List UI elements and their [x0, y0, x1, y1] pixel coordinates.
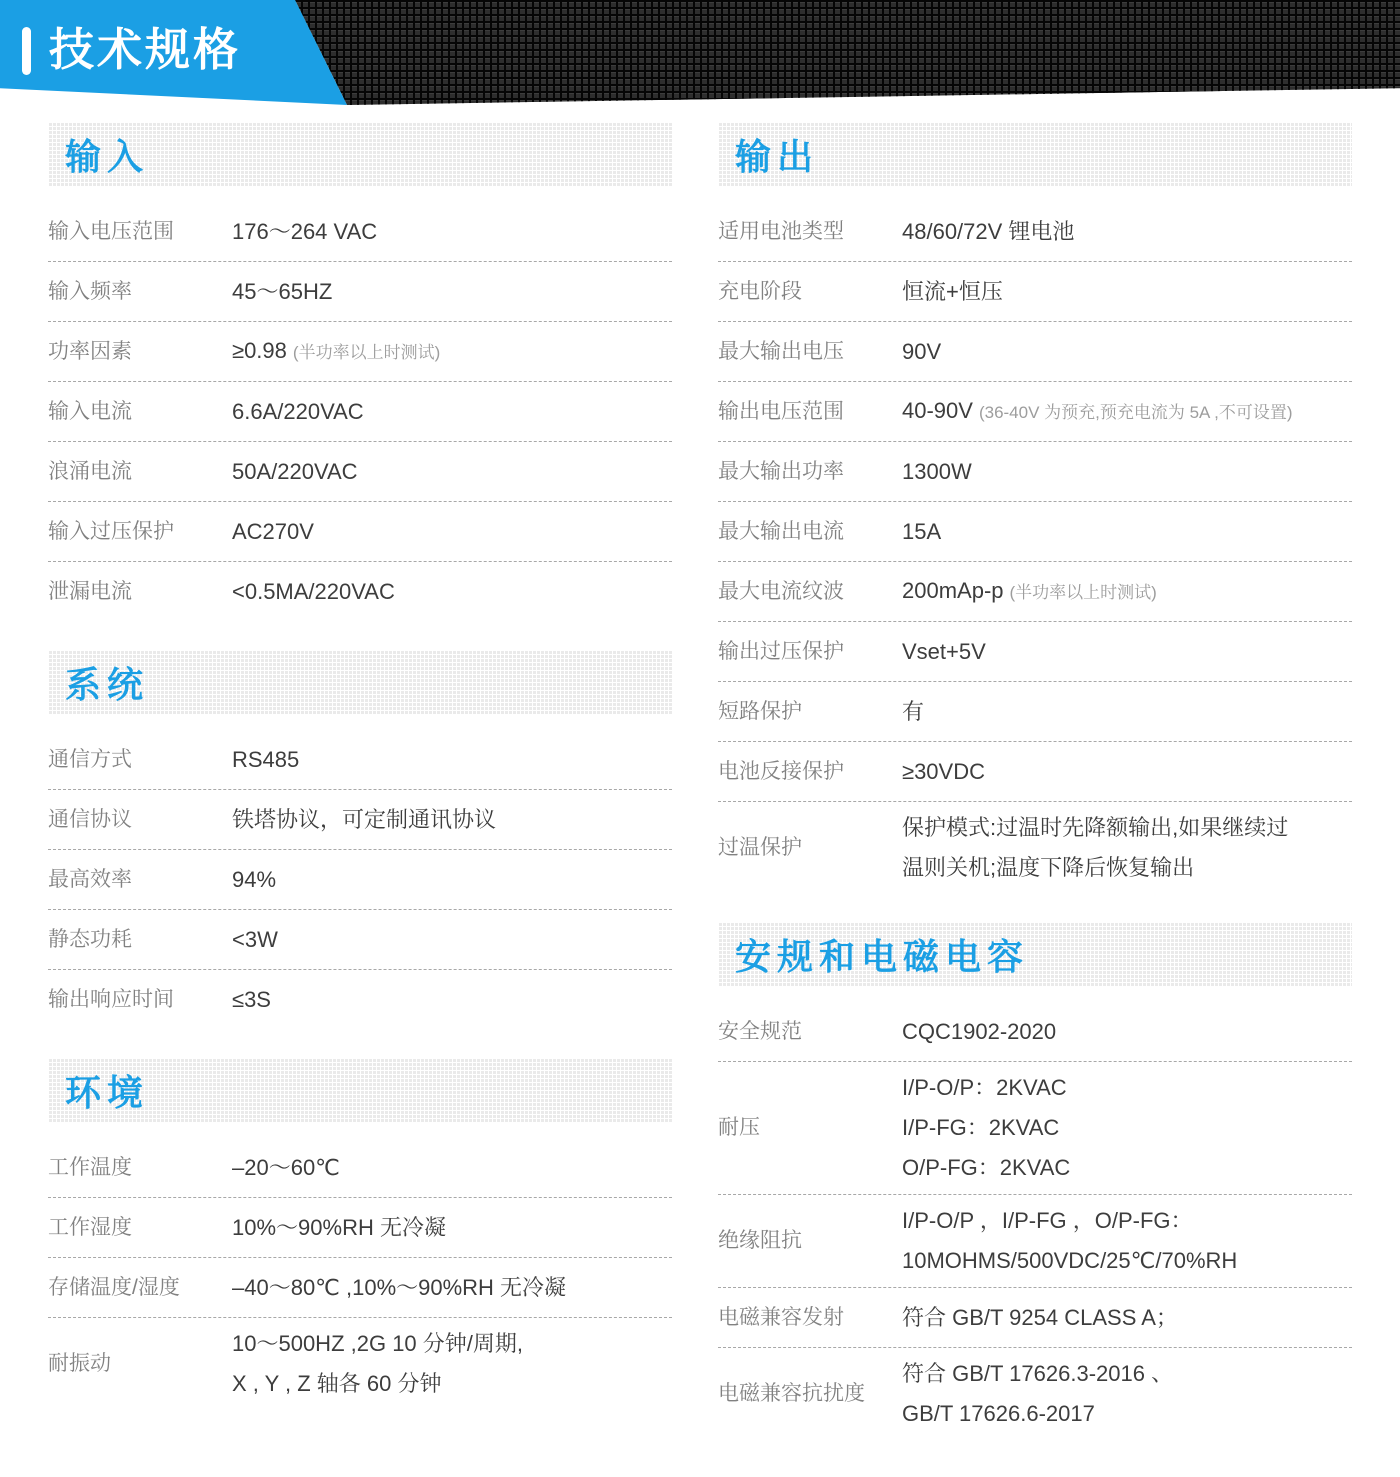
page-title: 技术规格 — [49, 24, 241, 76]
spec-value-line: 200mAp-p(半功率以上时测试) — [902, 571, 1157, 613]
spec-label: 耐振动 — [48, 1349, 232, 1379]
spec-row: 最大输出电流 15A — [718, 502, 1352, 562]
spec-value: 10～500HZ ,2G 10 分钟/周期,X , Y , Z 轴各 60 分钟 — [232, 1324, 523, 1404]
spec-value-line: 10～500HZ ,2G 10 分钟/周期, — [232, 1324, 523, 1364]
spec-row: 工作温度 –20～60℃ — [48, 1138, 672, 1198]
spec-value-line: 50A/220VAC — [232, 452, 358, 492]
section-title: 输出 — [735, 129, 819, 180]
spec-row: 输出过压保护 Vset+5V — [718, 622, 1352, 682]
section-header-band: 输出 — [718, 122, 1352, 186]
spec-row: 工作湿度 10%～90%RH 无冷凝 — [48, 1198, 672, 1258]
section-header-band: 安规和电磁电容 — [718, 922, 1352, 986]
spec-label: 存储温度/湿度 — [48, 1273, 232, 1303]
spec-value: 符合 GB/T 17626.3-2016 、GB/T 17626.6-2017 — [902, 1354, 1173, 1434]
spec-value: ≥30VDC — [902, 752, 985, 792]
spec-value: <0.5MA/220VAC — [232, 572, 395, 612]
spec-label: 最大电流纹波 — [718, 577, 902, 607]
spec-value-line: O/P-FG：2KVAC — [902, 1148, 1070, 1188]
spec-value-line: 90V — [902, 332, 941, 372]
spec-row: 功率因素 ≥0.98(半功率以上时测试) — [48, 322, 672, 382]
section-header-band: 输入 — [48, 122, 672, 186]
spec-row: 最大输出电压 90V — [718, 322, 1352, 382]
spec-columns: 输入 输入电压范围 176～264 VAC 输入频率 45～65HZ 功率因素 … — [0, 105, 1400, 1468]
spec-value-line: 15A — [902, 512, 941, 552]
spec-row: 最大电流纹波 200mAp-p(半功率以上时测试) — [718, 562, 1352, 622]
spec-label: 通信协议 — [48, 805, 232, 835]
spec-row: 电池反接保护 ≥30VDC — [718, 742, 1352, 802]
spec-label: 过温保护 — [718, 833, 902, 863]
spec-value: Vset+5V — [902, 632, 986, 672]
spec-row: 电磁兼容抗扰度 符合 GB/T 17626.3-2016 、GB/T 17626… — [718, 1348, 1352, 1440]
page-header: 技术规格 — [0, 0, 1400, 105]
spec-section: 输出 适用电池类型 48/60/72V 锂电池 充电阶段 恒流+恒压 最大输出电… — [718, 122, 1352, 894]
spec-row: 电磁兼容发射 符合 GB/T 9254 CLASS A； — [718, 1288, 1352, 1348]
spec-value-line: <0.5MA/220VAC — [232, 572, 395, 612]
spec-value-line: ≤3S — [232, 980, 271, 1020]
spec-value-line: 符合 GB/T 17626.3-2016 、 — [902, 1354, 1173, 1394]
section-header-band: 系统 — [48, 650, 672, 714]
spec-value-line: ≥30VDC — [902, 752, 985, 792]
spec-value: CQC1902-2020 — [902, 1012, 1056, 1052]
spec-row: 绝缘阻抗 I/P-O/P ，I/P-FG ，O/P-FG：10MOHMS/500… — [718, 1195, 1352, 1288]
spec-value: 15A — [902, 512, 941, 552]
spec-value: 45～65HZ — [232, 272, 332, 312]
spec-row: 输入电压范围 176～264 VAC — [48, 202, 672, 262]
spec-label: 输入电压范围 — [48, 217, 232, 247]
spec-value-line: 1300W — [902, 452, 972, 492]
spec-row: 耐振动 10～500HZ ,2G 10 分钟/周期,X , Y , Z 轴各 6… — [48, 1318, 672, 1410]
spec-value-line: ≥0.98(半功率以上时测试) — [232, 331, 440, 373]
section-rows: 工作温度 –20～60℃ 工作湿度 10%～90%RH 无冷凝 存储温度/湿度 … — [48, 1138, 672, 1410]
spec-value-line: 40-90V(36-40V 为预充,预充电流为 5A ,不可设置) — [902, 391, 1293, 433]
spec-value-line: I/P-O/P ，I/P-FG ，O/P-FG： — [902, 1201, 1237, 1241]
spec-label: 安全规范 — [718, 1017, 902, 1047]
spec-value-line: 10%～90%RH 无冷凝 — [232, 1208, 446, 1248]
spec-row: 输出电压范围 40-90V(36-40V 为预充,预充电流为 5A ,不可设置) — [718, 382, 1352, 442]
spec-section: 环境 工作温度 –20～60℃ 工作湿度 10%～90%RH 无冷凝 存储温度/… — [48, 1058, 672, 1410]
spec-value: 恒流+恒压 — [902, 272, 1003, 312]
spec-row: 输入电流 6.6A/220VAC — [48, 382, 672, 442]
spec-value-line: 保护模式:过温时先降额输出,如果继续过 — [902, 808, 1288, 848]
spec-value: –40～80℃ ,10%～90%RH 无冷凝 — [232, 1268, 566, 1308]
spec-value: 1300W — [902, 452, 972, 492]
spec-label: 通信方式 — [48, 745, 232, 775]
spec-label: 电磁兼容抗扰度 — [718, 1379, 902, 1409]
spec-value-line: 有 — [902, 692, 924, 732]
spec-row: 适用电池类型 48/60/72V 锂电池 — [718, 202, 1352, 262]
spec-label: 工作湿度 — [48, 1213, 232, 1243]
section-rows: 适用电池类型 48/60/72V 锂电池 充电阶段 恒流+恒压 最大输出电压 9… — [718, 202, 1352, 894]
spec-value: 有 — [902, 692, 924, 732]
spec-label: 最大输出功率 — [718, 457, 902, 487]
spec-value-line: –40～80℃ ,10%～90%RH 无冷凝 — [232, 1268, 566, 1308]
section-title: 安规和电磁电容 — [735, 929, 1029, 980]
spec-label: 浪涌电流 — [48, 457, 232, 487]
spec-value-line: I/P-FG：2KVAC — [902, 1108, 1070, 1148]
spec-label: 泄漏电流 — [48, 577, 232, 607]
spec-value-line: 94% — [232, 860, 276, 900]
left-column: 输入 输入电压范围 176～264 VAC 输入频率 45～65HZ 功率因素 … — [48, 122, 672, 1468]
spec-value-line: Vset+5V — [902, 632, 986, 672]
spec-label: 输入电流 — [48, 397, 232, 427]
section-title: 输入 — [65, 129, 149, 180]
spec-value: 200mAp-p(半功率以上时测试) — [902, 571, 1157, 613]
spec-value-line: AC270V — [232, 512, 314, 552]
section-title: 系统 — [65, 657, 149, 708]
spec-value: ≤3S — [232, 980, 271, 1020]
spec-label: 最高效率 — [48, 865, 232, 895]
spec-value-note: (36-40V 为预充,预充电流为 5A ,不可设置) — [979, 403, 1293, 422]
spec-row: 输出响应时间 ≤3S — [48, 970, 672, 1030]
spec-row: 存储温度/湿度 –40～80℃ ,10%～90%RH 无冷凝 — [48, 1258, 672, 1318]
spec-row: 最大输出功率 1300W — [718, 442, 1352, 502]
spec-label: 输出响应时间 — [48, 985, 232, 1015]
spec-label: 功率因素 — [48, 337, 232, 367]
spec-section: 输入 输入电压范围 176～264 VAC 输入频率 45～65HZ 功率因素 … — [48, 122, 672, 622]
spec-value-note: (半功率以上时测试) — [293, 343, 440, 362]
spec-row: 短路保护 有 — [718, 682, 1352, 742]
title-accent-bar — [22, 27, 31, 75]
spec-label: 输入频率 — [48, 277, 232, 307]
section-title: 环境 — [65, 1065, 149, 1116]
spec-label: 电池反接保护 — [718, 757, 902, 787]
spec-value: 90V — [902, 332, 941, 372]
section-header-band: 环境 — [48, 1058, 672, 1122]
spec-row: 输入频率 45～65HZ — [48, 262, 672, 322]
section-rows: 输入电压范围 176～264 VAC 输入频率 45～65HZ 功率因素 ≥0.… — [48, 202, 672, 622]
spec-row: 静态功耗 <3W — [48, 910, 672, 970]
spec-label: 最大输出电压 — [718, 337, 902, 367]
spec-value: 94% — [232, 860, 276, 900]
spec-label: 最大输出电流 — [718, 517, 902, 547]
spec-value-note: (半功率以上时测试) — [1010, 583, 1157, 602]
spec-value: 40-90V(36-40V 为预充,预充电流为 5A ,不可设置) — [902, 391, 1293, 433]
spec-row: 浪涌电流 50A/220VAC — [48, 442, 672, 502]
spec-row: 输入过压保护 AC270V — [48, 502, 672, 562]
spec-value-line: 符合 GB/T 9254 CLASS A； — [902, 1298, 1178, 1338]
spec-value-line: 176～264 VAC — [232, 212, 377, 252]
spec-section: 安规和电磁电容 安全规范 CQC1902-2020 耐压 I/P-O/P：2KV… — [718, 922, 1352, 1440]
spec-row: 过温保护 保护模式:过温时先降额输出,如果继续过温则关机;温度下降后恢复输出 — [718, 802, 1352, 894]
spec-row: 耐压 I/P-O/P：2KVACI/P-FG：2KVACO/P-FG：2KVAC — [718, 1062, 1352, 1195]
spec-value-line: –20～60℃ — [232, 1148, 340, 1188]
spec-section: 系统 通信方式 RS485 通信协议 铁塔协议，可定制通讯协议 最高效率 94%… — [48, 650, 672, 1030]
spec-value: 6.6A/220VAC — [232, 392, 364, 432]
spec-label: 输入过压保护 — [48, 517, 232, 547]
spec-value-line: CQC1902-2020 — [902, 1012, 1056, 1052]
spec-value: I/P-O/P ，I/P-FG ，O/P-FG：10MOHMS/500VDC/2… — [902, 1201, 1237, 1281]
spec-row: 最高效率 94% — [48, 850, 672, 910]
spec-value-line: I/P-O/P：2KVAC — [902, 1068, 1070, 1108]
spec-value-line: 10MOHMS/500VDC/25℃/70%RH — [902, 1241, 1237, 1281]
spec-value-line: 48/60/72V 锂电池 — [902, 212, 1074, 252]
spec-label: 短路保护 — [718, 697, 902, 727]
spec-value-line: 温则关机;温度下降后恢复输出 — [902, 848, 1288, 888]
spec-row: 安全规范 CQC1902-2020 — [718, 1002, 1352, 1062]
spec-value: 符合 GB/T 9254 CLASS A； — [902, 1298, 1178, 1338]
spec-row: 泄漏电流 <0.5MA/220VAC — [48, 562, 672, 622]
spec-value: 50A/220VAC — [232, 452, 358, 492]
spec-label: 输出电压范围 — [718, 397, 902, 427]
spec-label: 输出过压保护 — [718, 637, 902, 667]
spec-value-line: <3W — [232, 920, 278, 960]
spec-value: I/P-O/P：2KVACI/P-FG：2KVACO/P-FG：2KVAC — [902, 1068, 1070, 1188]
spec-value-line: 恒流+恒压 — [902, 272, 1003, 312]
spec-row: 通信方式 RS485 — [48, 730, 672, 790]
section-rows: 通信方式 RS485 通信协议 铁塔协议，可定制通讯协议 最高效率 94% 静态… — [48, 730, 672, 1030]
spec-label: 适用电池类型 — [718, 217, 902, 247]
spec-row: 通信协议 铁塔协议，可定制通讯协议 — [48, 790, 672, 850]
section-rows: 安全规范 CQC1902-2020 耐压 I/P-O/P：2KVACI/P-FG… — [718, 1002, 1352, 1440]
spec-value: 保护模式:过温时先降额输出,如果继续过温则关机;温度下降后恢复输出 — [902, 808, 1288, 888]
spec-value: 176～264 VAC — [232, 212, 377, 252]
spec-label: 耐压 — [718, 1113, 902, 1143]
spec-label: 工作温度 — [48, 1153, 232, 1183]
spec-value-line: GB/T 17626.6-2017 — [902, 1394, 1173, 1434]
spec-row: 充电阶段 恒流+恒压 — [718, 262, 1352, 322]
spec-value-line: 6.6A/220VAC — [232, 392, 364, 432]
spec-value: –20～60℃ — [232, 1148, 340, 1188]
spec-value-line: RS485 — [232, 740, 299, 780]
spec-value: 48/60/72V 锂电池 — [902, 212, 1074, 252]
spec-label: 静态功耗 — [48, 925, 232, 955]
spec-label: 充电阶段 — [718, 277, 902, 307]
spec-value: RS485 — [232, 740, 299, 780]
spec-value: ≥0.98(半功率以上时测试) — [232, 331, 440, 373]
right-column: 输出 适用电池类型 48/60/72V 锂电池 充电阶段 恒流+恒压 最大输出电… — [718, 122, 1352, 1468]
spec-label: 绝缘阻抗 — [718, 1226, 902, 1256]
spec-value-line: 45～65HZ — [232, 272, 332, 312]
spec-value-line: 铁塔协议，可定制通讯协议 — [232, 800, 496, 840]
spec-value: <3W — [232, 920, 278, 960]
spec-value-line: X , Y , Z 轴各 60 分钟 — [232, 1364, 523, 1404]
spec-value: AC270V — [232, 512, 314, 552]
spec-value: 10%～90%RH 无冷凝 — [232, 1208, 446, 1248]
spec-value: 铁塔协议，可定制通讯协议 — [232, 800, 496, 840]
spec-label: 电磁兼容发射 — [718, 1303, 902, 1333]
